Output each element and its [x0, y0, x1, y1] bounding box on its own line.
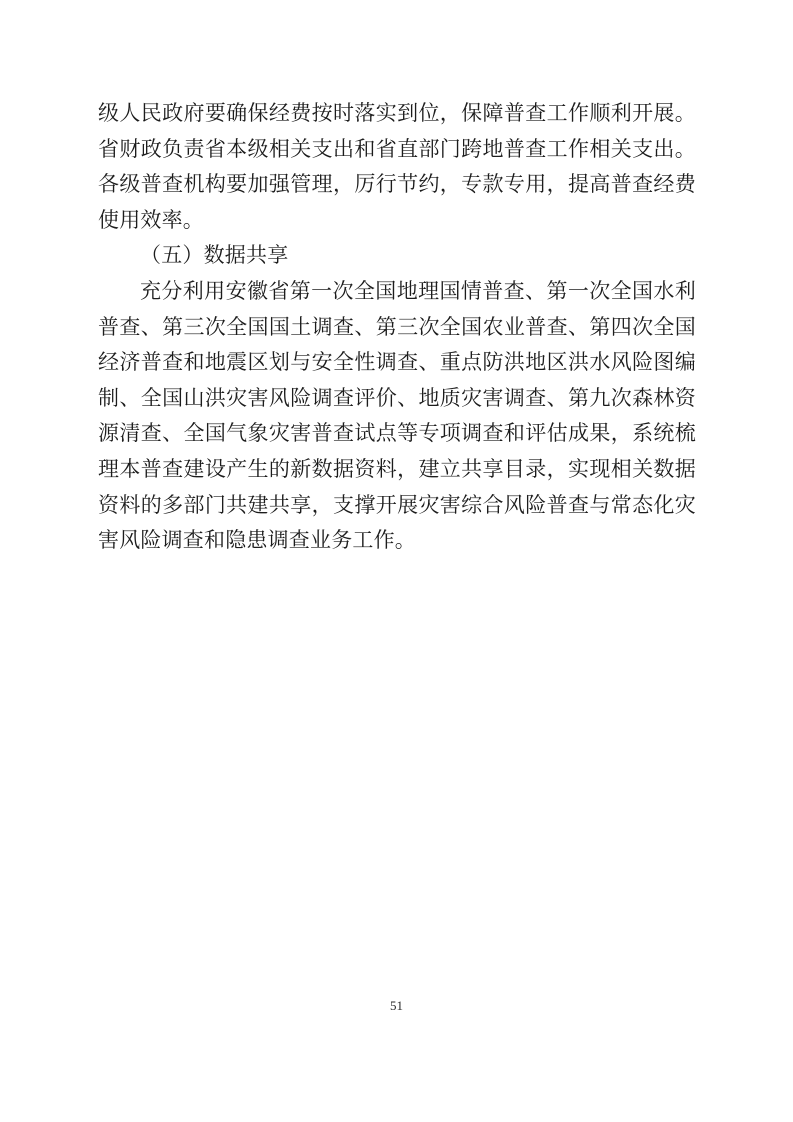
page-body: 级人民政府要确保经费按时落实到位，保障普查工作顺利开展。省财政负责省本级相关支出…	[98, 96, 696, 559]
page-number: 51	[0, 998, 793, 1014]
document-page: 级人民政府要确保经费按时落实到位，保障普查工作顺利开展。省财政负责省本级相关支出…	[0, 0, 793, 1122]
paragraph-data-sharing: 充分利用安徽省第一次全国地理国情普查、第一次全国水利普查、第三次全国国土调查、第…	[98, 274, 696, 559]
paragraph-continuation: 级人民政府要确保经费按时落实到位，保障普查工作顺利开展。省财政负责省本级相关支出…	[98, 96, 696, 238]
section-heading: （五）数据共享	[98, 238, 696, 274]
